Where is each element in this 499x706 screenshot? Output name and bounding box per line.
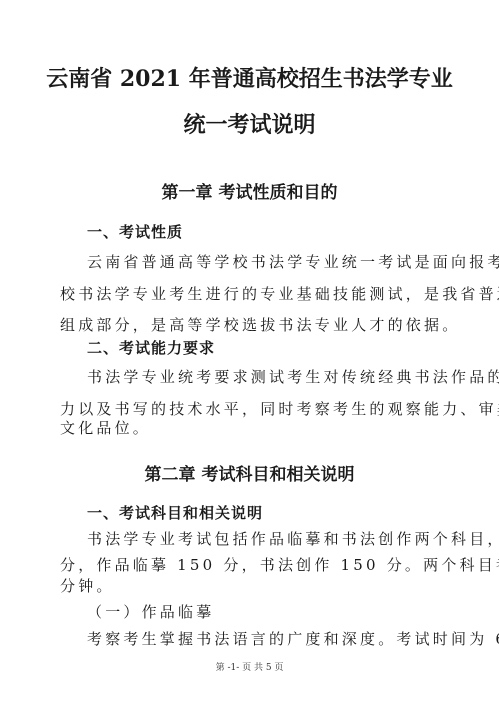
chapter2-subsection1-line1: 考察考生掌握书法语言的广度和深度。考试时间为 60 分钟。 [87, 628, 467, 649]
chapter1-section1-line3: 组成部分，是高等学校选拔书法专业人才的依据。 [60, 314, 440, 335]
chapter2-section1-line3: 分钟。 [60, 575, 440, 596]
chapter1-section2-line1: 书法学专业统考要求测试考生对传统经典书法作品的理解能 [87, 366, 467, 387]
document-title-line2: 统一考试说明 [0, 108, 499, 139]
page-footer: 第 -1- 页 共 5 页 [0, 660, 499, 673]
chapter2-heading: 第二章 考试科目和相关说明 [0, 460, 499, 485]
chapter1-section1-heading: 一、考试性质 [87, 221, 183, 242]
chapter2-subsection1-heading: （一）作品临摹 [87, 601, 467, 622]
chapter2-section1-heading: 一、考试科目和相关说明 [87, 502, 263, 523]
chapter1-section2-heading: 二、考试能力要求 [87, 337, 215, 358]
chapter1-heading: 第一章 考试性质和目的 [0, 178, 499, 203]
chapter1-section2-line3: 文化品位。 [60, 417, 440, 438]
chapter1-section1-line1: 云南省普通高等学校书法学专业统一考试是面向报考普通高 [87, 251, 467, 272]
chapter1-section2-line2: 力以及书写的技术水平，同时考察考生的观察能力、审美水平和 [60, 398, 440, 419]
chapter1-section1-line2: 校书法学专业考生进行的专业基础技能测试，是我省普通高考的 [60, 283, 440, 304]
chapter2-section1-line1: 书法学专业考试包括作品临摹和书法创作两个科目，总分 300 [87, 528, 467, 549]
document-title-line1: 云南省 2021 年普通高校招生书法学专业 [0, 62, 499, 93]
chapter2-section1-line2: 分，作品临摹 150 分，书法创作 150 分。两个科目考试时间：180 [60, 554, 440, 575]
